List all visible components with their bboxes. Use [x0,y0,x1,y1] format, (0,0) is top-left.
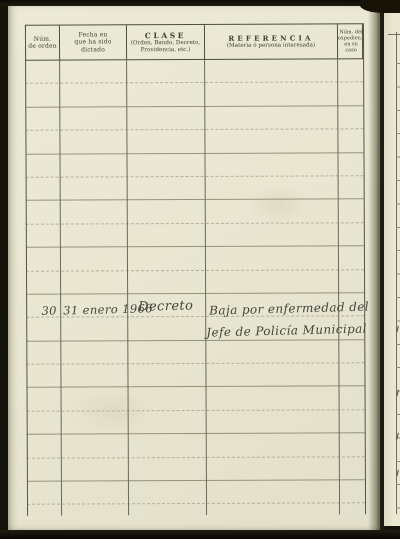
registry-table: Núm. de orden Fecha en que ha sido dicta… [7,4,381,533]
handwritten-entry: 30 31 enero 1966 Decreto Baja por enferm… [7,4,381,533]
next-page-sliver [384,8,400,526]
entry-clase: Decreto [138,298,194,314]
next-page-table-topline [388,34,400,35]
next-page-row-ticks [396,63,400,509]
handwriting-fragment [396,470,400,478]
entry-referencia-line1: Baja por enfermedad del [209,300,369,318]
entry-referencia-line2: Jefe de Policía Municipal [206,322,367,340]
scanned-ledger-page: Núm. de orden Fecha en que ha sido dicta… [0,0,400,539]
ledger-page: Núm. de orden Fecha en que ha sido dicta… [8,5,380,532]
book-binding-bottom [0,530,400,539]
entry-num-de-orden: 30 [32,303,66,318]
handwriting-fragment [396,390,400,398]
book-binding-top [0,0,400,6]
handwriting-fragment [396,326,400,334]
handwriting-fragment [396,433,400,441]
